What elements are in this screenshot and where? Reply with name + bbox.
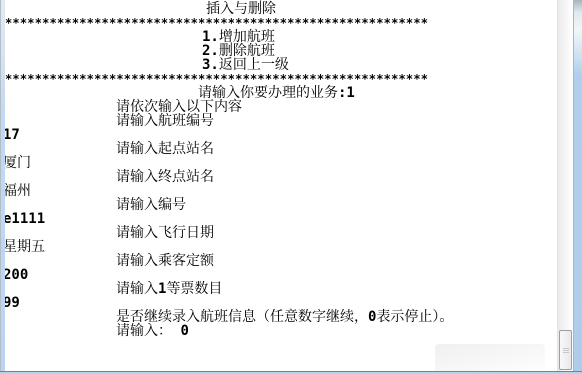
console-line: 请依次输入以下内容 [116,100,242,114]
console-line: e1111 [3,212,45,226]
console-line: 17 [3,128,20,142]
console-line: 请输入编号 [116,198,186,212]
scrollbar-gripper-icon [563,348,569,353]
scrollbar-thumb[interactable] [559,330,572,370]
console-line: 插入与删除 [206,2,276,16]
window-border-left [0,0,5,374]
console-divider-line: ****************************************… [5,16,428,30]
console-line: 是否继续录入航班信息（任意数字继续，0表示停止）。 [116,310,453,324]
console-line: 请输入航班编号 [116,114,214,128]
console-line: 福州 [3,184,31,198]
console-divider-line: ****************************************… [5,72,428,86]
console-line: 99 [3,296,20,310]
console-window: 插入与删除***********************************… [0,0,582,374]
console-line: 请输入飞行日期 [116,226,214,240]
console-line: 请输入乘客定额 [116,254,214,268]
console-line: 星期五 [3,240,45,254]
console-line: 2.删除航班 [202,44,275,58]
console-line: 请输入： 0 [116,324,189,338]
background-artifact [435,344,545,371]
console-line: 200 [3,268,28,282]
console-line: 请输入起点站名 [116,142,214,156]
console-line: 请输入你要办理的业务:1 [198,86,355,100]
window-border-right [573,0,582,374]
console-line: 3.返回上一级 [202,58,289,72]
console-line: 请输入1等票数目 [116,282,222,296]
vertical-scrollbar[interactable] [557,0,573,371]
console-line: 厦门 [3,156,31,170]
console-line: 1.增加航班 [202,30,275,44]
console-line: 请输入终点站名 [116,170,214,184]
